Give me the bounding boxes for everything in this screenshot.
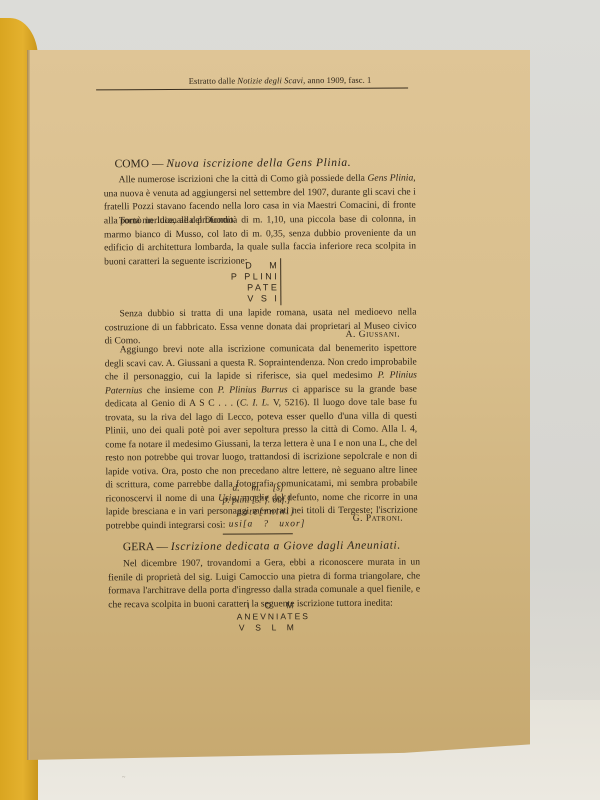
offprint-header: Estratto dalle Notizie degli Scavi, anno…	[135, 74, 425, 86]
signature-patroni: G. Patroni.	[353, 514, 403, 524]
signature-giussani: A. Giussani.	[346, 330, 401, 340]
header-rule	[96, 88, 408, 91]
gera-section-title: GERA — Iscrizione dedicata a Giove dagli…	[123, 540, 401, 554]
integrated-inscription: d. m. [s] p. plini [ ? f. ouf.] pate[rni…	[0, 0, 598, 2]
section-divider	[223, 533, 293, 534]
como-inscription: D M P PLINI PATE V S I	[0, 0, 598, 2]
pencil-mark: ~	[122, 775, 125, 781]
page-content: Estratto dalle Notizie degli Scavi, anno…	[0, 0, 600, 800]
como-section-title: COMO — Nuova iscrizione della Gens Plini…	[115, 157, 352, 170]
gera-inscription: I O M ANEVNIATES V S L M	[0, 0, 598, 2]
